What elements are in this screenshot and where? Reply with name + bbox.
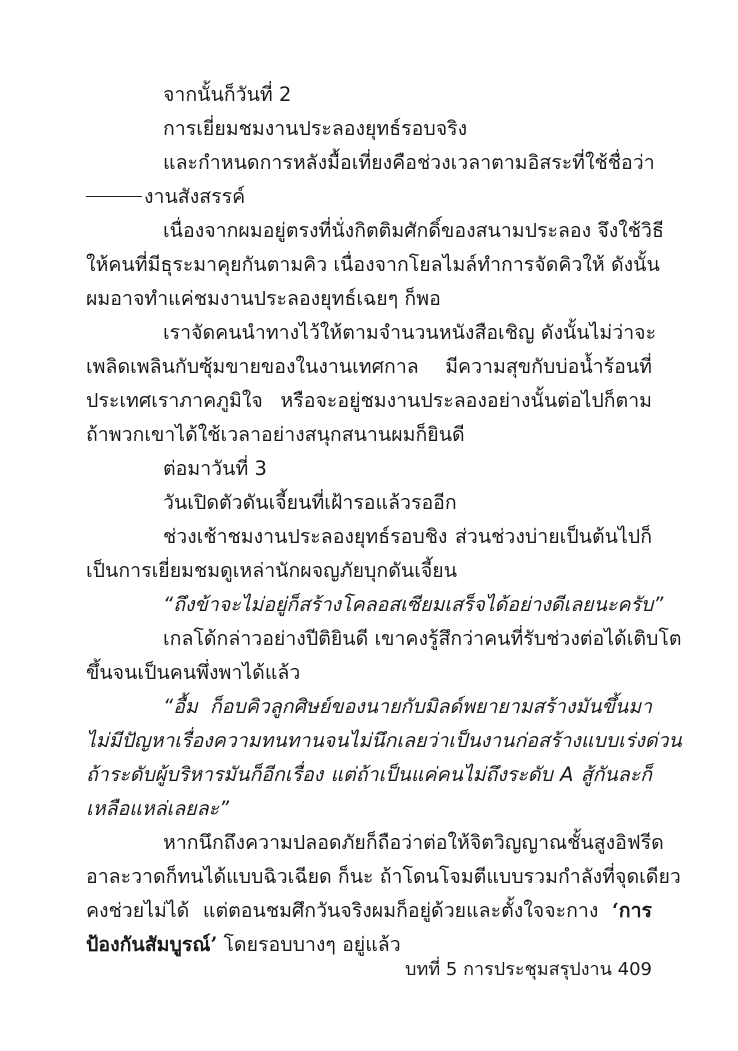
text-line: วันเปิดตัวดันเจี้ยนที่เฝ้ารอแล้วรออีก <box>86 486 652 520</box>
dialogue-line: “อื้ม ก็อบคิวลูกศิษย์ของนายกับมิลด์พยายา… <box>86 690 652 724</box>
text-line: เป็นการเยี่ยมชมดูเหล่านักผจญภัยบุกดันเจี… <box>86 554 652 588</box>
page-number: 409 <box>618 959 652 980</box>
chapter-title: บทที่ 5 การประชุมสรุปงาน <box>405 959 612 980</box>
bold-term-start: ‘การ <box>612 899 652 922</box>
text-line: ถ้าพวกเขาได้ใช้เวลาอย่างสนุกสนานผมก็ยินด… <box>86 418 652 452</box>
dialogue-line: ถ้าระดับผู้บริหารมันก็อีกเรื่อง แต่ถ้าเป… <box>86 758 652 792</box>
text-line-with-bold: คงช่วยไม่ได้ แต่ตอนชมศึกวันจริงผมก็อยู่ด… <box>86 894 652 928</box>
bold-term-end: ป้องกันสัมบูรณ์’ <box>86 933 217 956</box>
page-footer: บทที่ 5 การประชุมสรุปงาน 409 <box>405 955 652 985</box>
text-line: ต่อมาวันที่ 3 <box>86 452 652 486</box>
text-line: ให้คนที่มีธุระมาคุยกันตามคิว เนื่องจากโย… <box>86 248 652 282</box>
text-line: เราจัดคนนำทางไว้ให้ตามจำนวนหนังสือเชิญ ด… <box>86 316 652 350</box>
text-line: เนื่องจากผมอยู่ตรงที่นั่งกิตติมศักดิ์ของ… <box>86 214 652 248</box>
text-line: และกำหนดการหลังมื้อเที่ยงคือช่วงเวลาตามอ… <box>86 146 652 180</box>
text-line: เพลิดเพลินกับซุ้มขายของในงานเทศกาล มีควา… <box>86 350 652 384</box>
text-line: อาละวาดก็ทนได้แบบฉิวเฉียด ก็นะ ถ้าโดนโจม… <box>86 860 652 894</box>
dialogue-line: ไม่มีปัญหาเรื่องความทนทานจนไม่นึกเลยว่าเ… <box>86 724 652 758</box>
text-line: ประเทศเราภาคภูมิใจ หรือจะอยู่ชมงานประลอง… <box>86 384 652 418</box>
dialogue-line: เหลือแหล่เลยละ” <box>86 792 652 826</box>
text-line: การเยี่ยมชมงานประลองยุทธ์รอบจริง <box>86 112 652 146</box>
text-span: โดยรอบบางๆ อยู่แล้ว <box>223 933 400 956</box>
em-dash-rule <box>86 196 142 197</box>
text-line: หากนึกถึงความปลอดภัยก็ถือว่าต่อให้จิตวิญ… <box>86 826 652 860</box>
text-span: งานสังสรรค์ <box>144 185 245 208</box>
text-line-with-dash: งานสังสรรค์ <box>86 180 652 214</box>
text-line: จากนั้นก็วันที่ 2 <box>86 78 652 112</box>
dialogue-line: “ถึงข้าจะไม่อยู่ก็สร้างโคลอสเซียมเสร็จได… <box>86 588 652 622</box>
text-span: คงช่วยไม่ได้ แต่ตอนชมศึกวันจริงผมก็อยู่ด… <box>86 899 598 922</box>
text-line: ช่วงเช้าชมงานประลองยุทธ์รอบชิง ส่วนช่วงบ… <box>86 520 652 554</box>
text-line: เกลโด้กล่าวอย่างปีติยินดี เขาคงรู้สึกว่า… <box>86 622 652 656</box>
text-line: ขึ้นจนเป็นคนพึ่งพาได้แล้ว <box>86 656 652 690</box>
text-line: ผมอาจทำแค่ชมงานประลองยุทธ์เฉยๆ ก็พอ <box>86 282 652 316</box>
